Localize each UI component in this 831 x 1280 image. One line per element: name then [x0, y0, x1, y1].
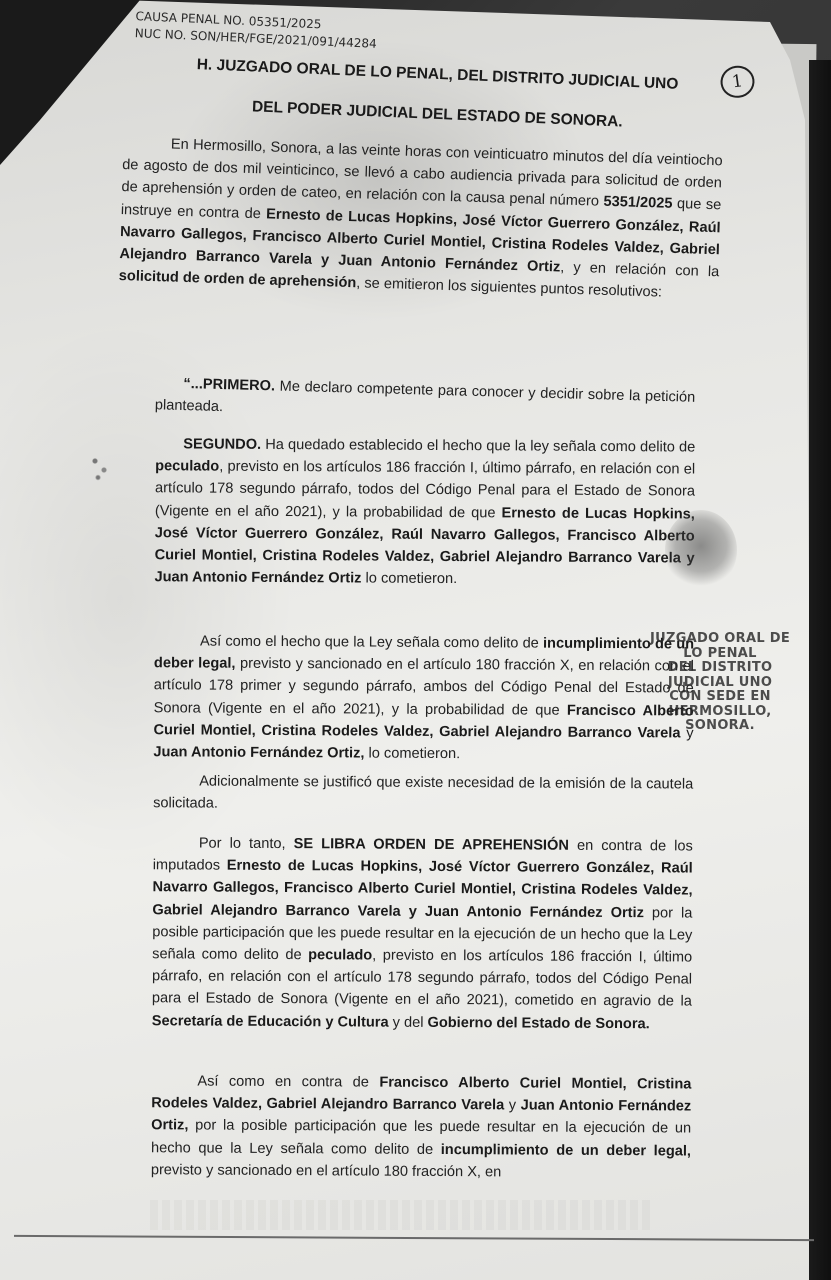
court-stamp: JUZGADO ORAL DE LO PENAL DEL DISTRITO JU… — [640, 632, 800, 734]
bleed-through-text — [150, 1200, 650, 1230]
orden-aprehension-paragraph: Por lo tanto, SE LIBRA ORDEN DE APREHENS… — [152, 832, 693, 1035]
official-seal-stamp — [665, 510, 737, 590]
page-edge-shadow — [809, 60, 831, 1280]
segunda-orden-paragraph: Así como en contra de Francisco Alberto … — [151, 1070, 692, 1184]
adicionalmente-paragraph: Adicionalmente se justificó que existe n… — [153, 770, 693, 818]
intro-paragraph: En Hermosillo, Sonora, a las veinte hora… — [118, 132, 722, 306]
incumplimiento-paragraph: Así como el hecho que la Ley señala como… — [153, 630, 694, 767]
resolutivo-segundo: SEGUNDO. Ha quedado establecido el hecho… — [154, 433, 695, 592]
ink-specks — [86, 452, 116, 482]
